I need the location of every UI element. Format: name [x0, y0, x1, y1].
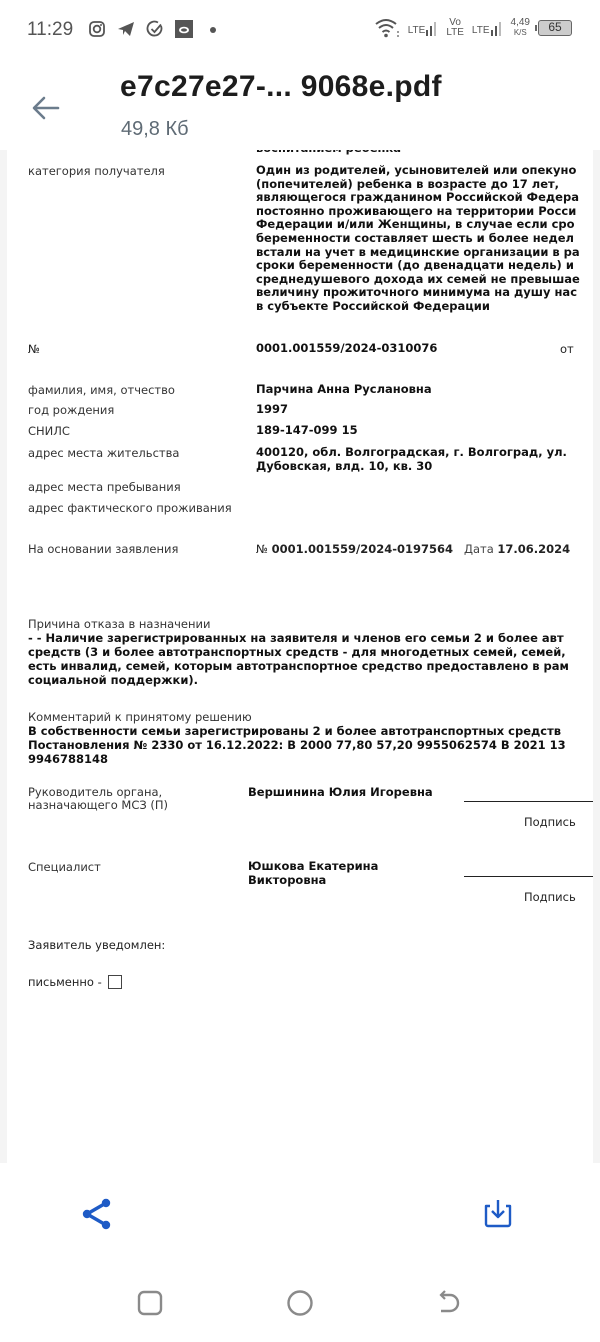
category-line: (попечителей) ребенка в возрасте до 17 л…: [256, 178, 593, 192]
pdf-page: воспитанием ребенка категория получателя…: [7, 150, 593, 1163]
category-line: величину прожиточного минимума на душу н…: [256, 286, 593, 300]
decision-number-prefix: №: [28, 342, 40, 356]
lte-label-2: LTE: [472, 25, 490, 36]
sign-label: Подпись: [524, 890, 576, 904]
application-number: 0001.001559/2024-0197564: [272, 542, 453, 556]
application-label: На основании заявления: [28, 542, 253, 556]
signature-role: Специалист: [28, 860, 253, 874]
status-time: 11:29: [27, 19, 73, 41]
field-label: адрес места пребывания: [28, 480, 253, 494]
decision-number: 0001.001559/2024-0310076: [256, 342, 593, 356]
name-line: Вершинина Юлия Игоревна: [248, 786, 593, 800]
decision-number-row: № 0001.001559/2024-0310076: [28, 342, 40, 356]
app-header: e7c27e27-... 9068e.pdf 49,8 Кб: [0, 60, 600, 150]
wifi-icon: [374, 17, 400, 39]
recents-icon[interactable]: [135, 1288, 165, 1318]
category-line: Один из родителей, усыновителей или опек…: [256, 164, 593, 178]
field-value: Парчина Анна Руслановна: [256, 383, 593, 397]
category-line: являющегося гражданином Российской Федер…: [256, 191, 593, 205]
category-line: беременности составляет шесть и более не…: [256, 232, 593, 246]
app-icon: [175, 20, 193, 38]
category-line: среднедушевого дохода их семей не превыш…: [256, 273, 593, 287]
system-icons: LTE VoLTE LTE 4,49K/S 65: [374, 17, 572, 39]
refusal-section: Причина отказа в назначении - - Наличие …: [28, 617, 593, 687]
file-size: 49,8 Кб: [121, 118, 189, 141]
category-line: Федерации и/или Женщины, в случае если с…: [256, 218, 593, 232]
battery-icon: 65: [538, 20, 572, 36]
field-value: 1997: [256, 403, 593, 417]
refusal-line: есть инвалид, семей, которым автотранспо…: [28, 659, 593, 673]
network-speed: 4,49K/S: [511, 18, 530, 38]
refusal-label: Причина отказа в назначении: [28, 617, 593, 631]
action-bar: [0, 1163, 600, 1263]
comment-line: В собственности семьи зарегистрированы 2…: [28, 724, 593, 738]
category-value: Один из родителей, усыновителей или опек…: [256, 164, 593, 314]
signature-name: Вершинина Юлия Игоревна: [248, 786, 593, 800]
back-arrow-icon[interactable]: [28, 90, 64, 126]
role-line: назначающего МСЗ (П): [28, 799, 253, 812]
field-value: 189-147-099 15: [256, 424, 593, 438]
written-label: письменно -: [28, 975, 102, 989]
category-line: в субъекте Российской Федерации: [256, 300, 593, 314]
share-icon[interactable]: [78, 1193, 118, 1233]
signature-line: [464, 801, 593, 802]
lte-signal-icon: LTE: [408, 20, 439, 36]
address-line: Дубовская, влд. 10, кв. 30: [256, 460, 593, 474]
application-date: 17.06.2024: [497, 542, 570, 556]
category-line: сроки беременности (до двенадцати недель…: [256, 259, 593, 273]
category-label: категория получателя: [28, 164, 253, 178]
field-value: 400120, обл. Волгоградская, г. Волгоград…: [256, 446, 593, 473]
refusal-line: социальной поддержки).: [28, 673, 593, 687]
category-line: постоянно проживающего на территории Рос…: [256, 205, 593, 219]
notification-icons: [88, 20, 222, 38]
refusal-line: средств (3 и более автотранспортных сред…: [28, 645, 593, 659]
notified-label: Заявитель уведомлен:: [28, 938, 165, 952]
dot-icon: [204, 20, 222, 38]
application-number-prefix: №: [256, 542, 268, 556]
lte-label: LTE: [408, 25, 426, 36]
telegram-icon: [117, 20, 135, 38]
signature-name: Юшкова Екатерина Викторовна: [248, 860, 593, 887]
signature-role: Руководитель органа, назначающего МСЗ (П…: [28, 786, 253, 812]
refusal-line: - - Наличие зарегистрированных на заявит…: [28, 631, 593, 645]
decision-date-prefix: от: [560, 342, 574, 356]
comment-section: Комментарий к принятому решению В собств…: [28, 710, 593, 766]
written-checkbox[interactable]: [108, 975, 122, 989]
pdf-page-2: [7, 1114, 593, 1163]
pdf-viewer[interactable]: воспитанием ребенка категория получателя…: [0, 150, 600, 1163]
field-label: адрес места жительства: [28, 446, 253, 460]
speed-value: 4,49: [511, 18, 530, 28]
system-nav-bar: [0, 1263, 600, 1342]
comment-line: 9946788148: [28, 752, 593, 766]
comment-line: Постановления № 2330 от 16.12.2022: В 20…: [28, 738, 593, 752]
speed-unit: K/S: [511, 28, 530, 38]
file-name: e7c27e27-... 9068e.pdf: [120, 70, 442, 104]
sign-label: Подпись: [524, 815, 576, 829]
volte-icon: VoLTE: [446, 18, 464, 38]
decision-date-row: от 19: [560, 342, 574, 356]
name-line: Юшкова Екатерина: [248, 860, 593, 874]
status-bar: 11:29 LTE VoLTE LTE 4,49K/S 65: [0, 0, 600, 60]
field-label: СНИЛС: [28, 424, 253, 438]
download-icon[interactable]: [478, 1193, 518, 1233]
field-label: фамилия, имя, отчество: [28, 383, 253, 397]
check-circle-icon: [146, 20, 164, 38]
refusal-text: - - Наличие зарегистрированных на заявит…: [28, 631, 593, 687]
written-row: письменно -: [28, 975, 122, 989]
comment-text: В собственности семьи зарегистрированы 2…: [28, 724, 593, 766]
category-line: встали на учет в медицинские организации…: [256, 246, 593, 260]
home-icon[interactable]: [285, 1288, 315, 1318]
back-icon[interactable]: [435, 1288, 465, 1318]
instagram-icon: [88, 20, 106, 38]
field-label: адрес фактического проживания: [28, 501, 253, 515]
field-label: год рождения: [28, 403, 253, 417]
signature-line: [464, 876, 593, 877]
lte-signal-icon-2: LTE: [472, 20, 503, 36]
cut-line: воспитанием ребенка: [256, 150, 593, 156]
comment-label: Комментарий к принятому решению: [28, 710, 593, 724]
address-line: 400120, обл. Волгоградская, г. Волгоград…: [256, 446, 593, 460]
application-value: № 0001.001559/2024-0197564 Дата 17.06.20…: [256, 542, 570, 556]
application-date-prefix: Дата: [464, 542, 494, 556]
